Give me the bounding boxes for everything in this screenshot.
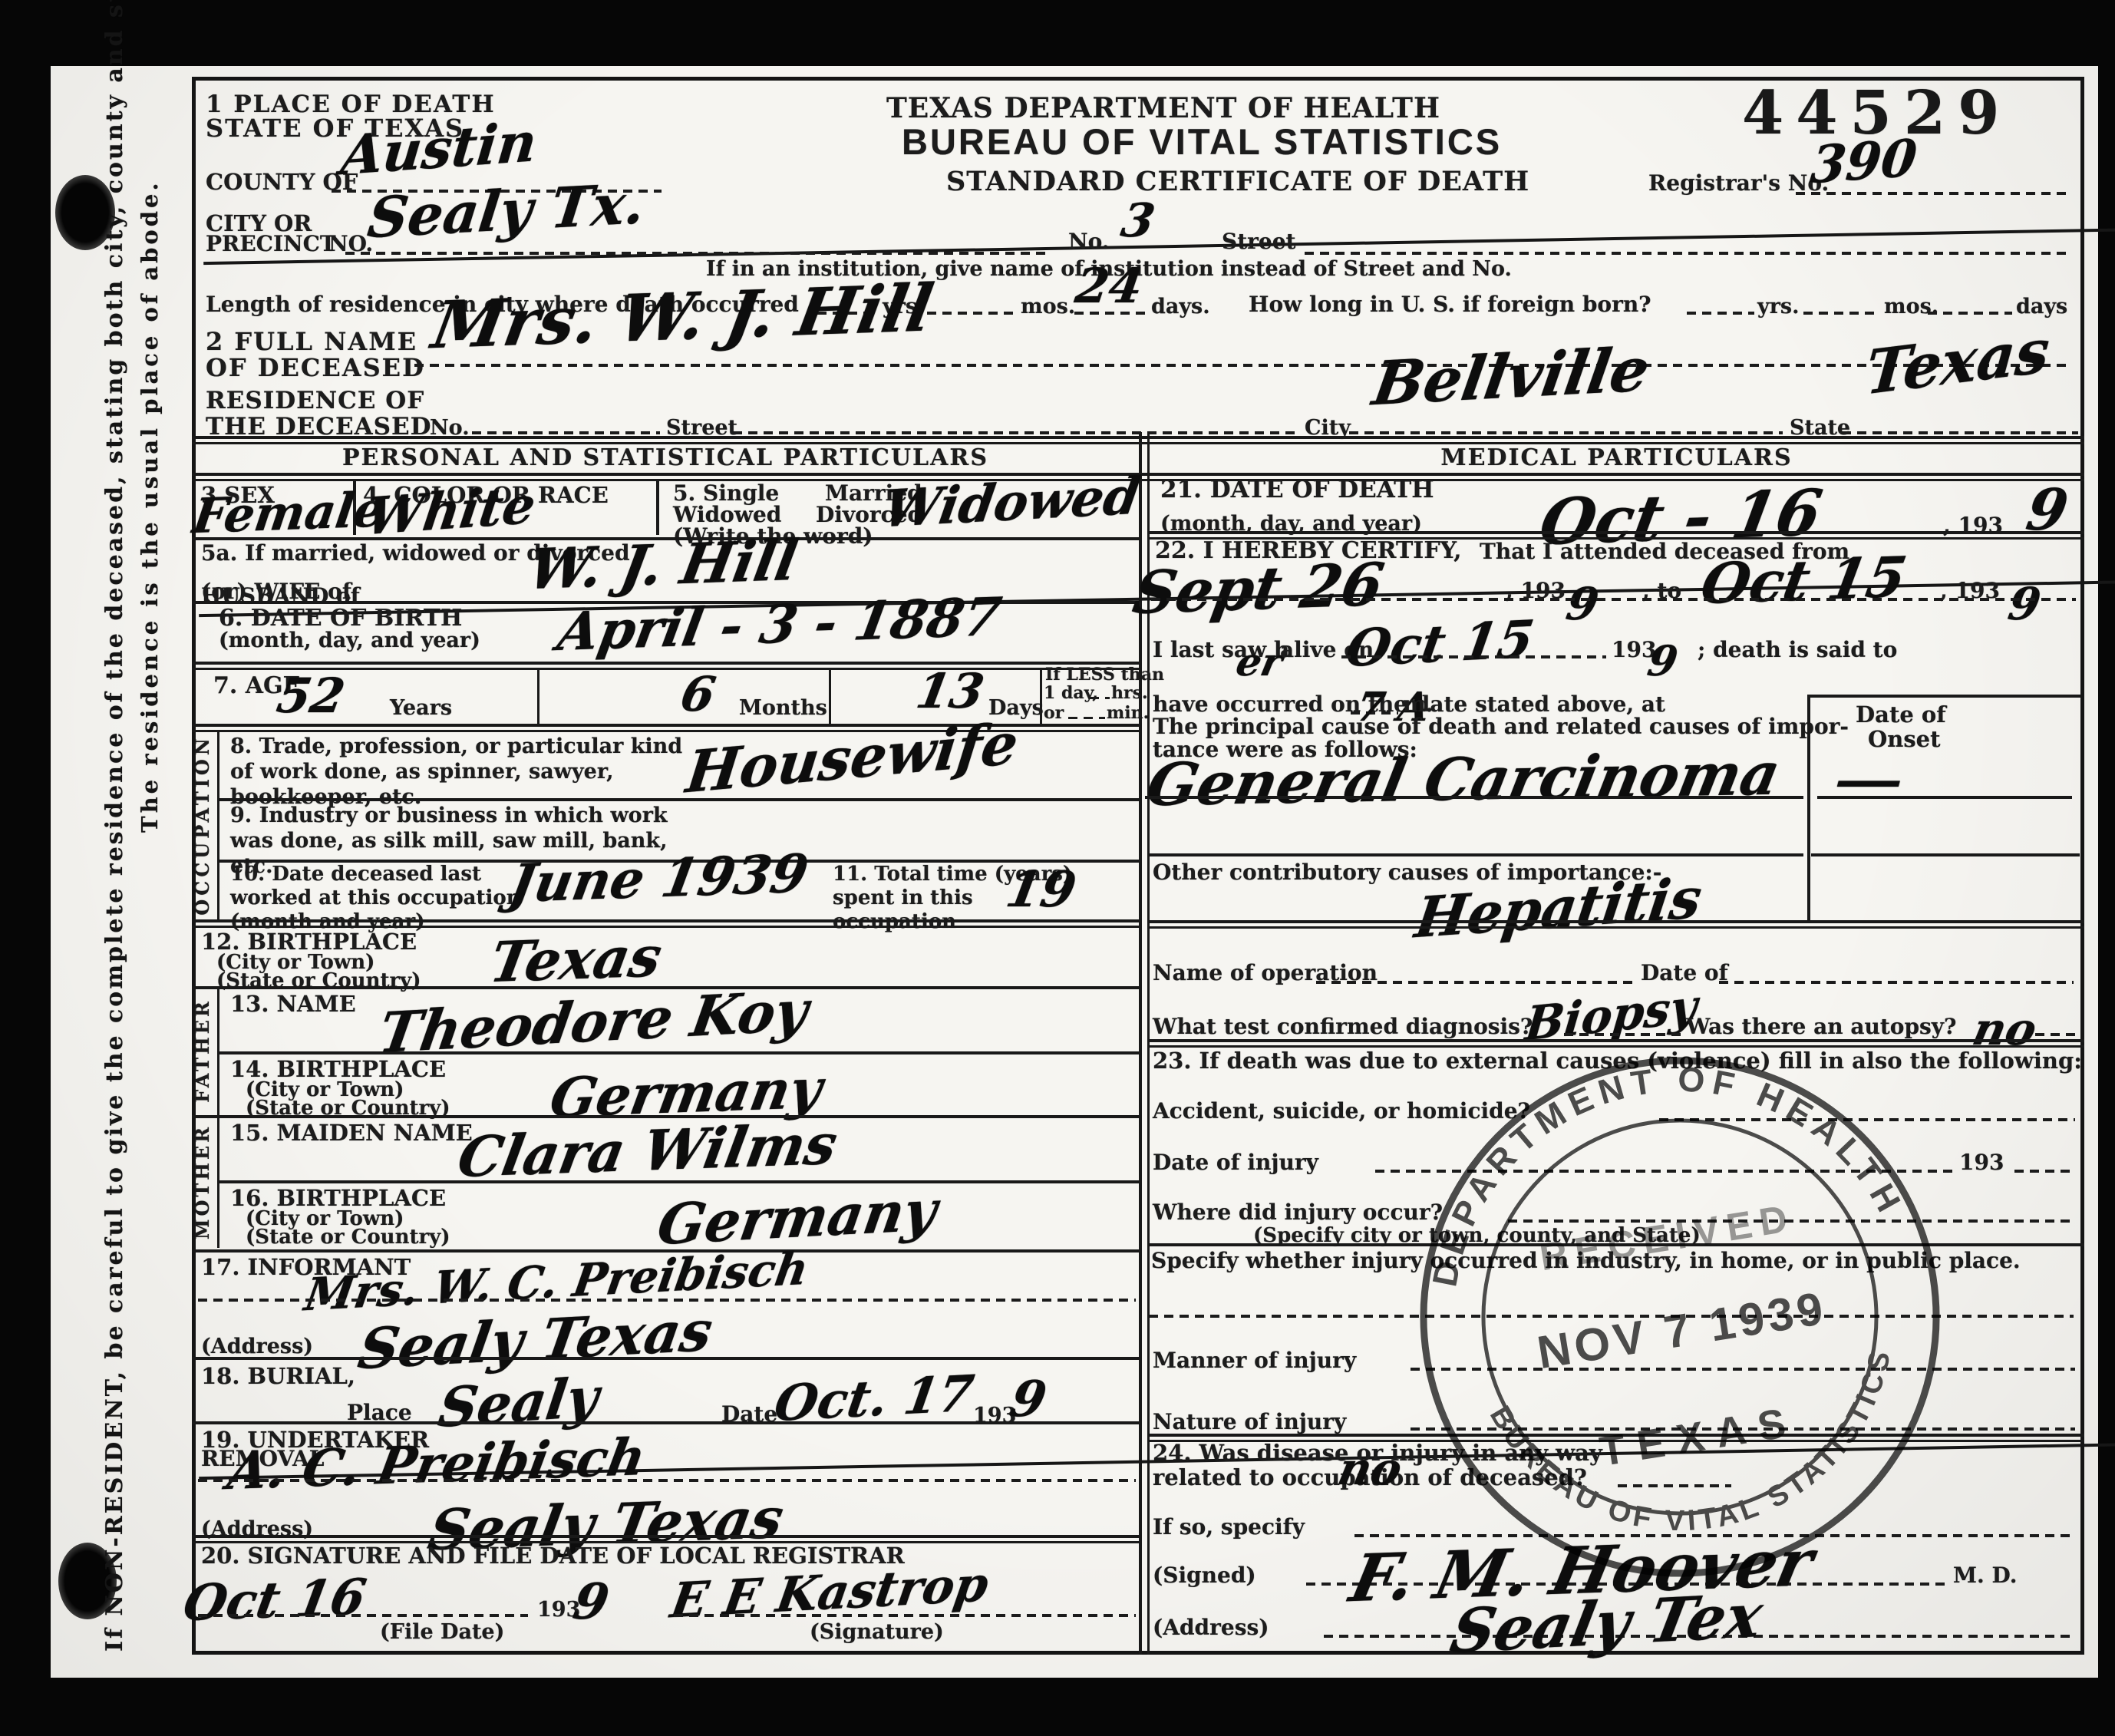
- rule: [217, 798, 1139, 801]
- days2-label: days: [2016, 295, 2067, 318]
- rule: [1149, 1039, 2084, 1048]
- rule: [1149, 920, 2084, 929]
- received-stamp: DEPARTMENT OF HEALTH BUREAU OF VITAL STA…: [1368, 1005, 1993, 1630]
- mother-name-label: 15. MAIDEN NAME: [230, 1121, 473, 1145]
- cell-divider: [656, 481, 659, 535]
- rule: [1148, 853, 1803, 856]
- line: [1074, 312, 1147, 315]
- informant-address-label: (Address): [201, 1335, 313, 1358]
- physician-address-label: (Address): [1153, 1616, 1269, 1639]
- test-label: What test confirmed diagnosis?: [1153, 1015, 1533, 1038]
- line: [198, 1614, 528, 1617]
- line: [1842, 431, 2078, 434]
- cause-label-line1: The principal cause of death and related…: [1153, 715, 1849, 738]
- line: [1687, 312, 1754, 315]
- foreign-born-label: How long in U. S. if foreign born?: [1249, 293, 1651, 316]
- rule: [192, 436, 2084, 444]
- fullname-line: [414, 364, 2072, 367]
- injury-year-prefix: 193: [1959, 1151, 2004, 1174]
- rule: [1817, 796, 2072, 799]
- onset-box-divider: [1807, 695, 1810, 921]
- stamp-date-text: NOV 7 1939: [1534, 1282, 1830, 1378]
- certificate-title: STANDARD CERTIFICATE OF DEATH: [946, 167, 1529, 196]
- dob-value: April - 3 - 1887: [554, 591, 1005, 659]
- md-label: M. D.: [1953, 1564, 2018, 1587]
- residence-label1: RESIDENCE OF: [206, 388, 424, 414]
- occ-related-value: no: [1335, 1447, 1406, 1491]
- line: [674, 1614, 1136, 1617]
- line: [2035, 1033, 2075, 1036]
- rule: [1807, 695, 2081, 698]
- fullname-label2: OF DECEASED: [206, 355, 425, 381]
- mother-vertical-label: MOTHER: [193, 1117, 213, 1246]
- rule: [217, 1051, 1139, 1054]
- line: [733, 431, 1301, 434]
- burial-label: 18. BURIAL,: [201, 1365, 355, 1388]
- rule: [1811, 853, 2080, 856]
- dob-sub-label: (month, day, and year): [219, 629, 480, 652]
- injury-manner-label: Manner of injury: [1153, 1349, 1356, 1372]
- onset-label2: Onset: [1868, 728, 1941, 751]
- cause-value: General Carcinoma: [1143, 745, 1785, 815]
- days-label: days.: [1151, 295, 1210, 318]
- occupation-vertical-label: OCCUPATION: [193, 732, 213, 918]
- onset-label1: Date of: [1856, 703, 1946, 727]
- fullname-label1: 2 FULL NAME: [206, 328, 417, 355]
- if-less-or: or: [1044, 705, 1064, 723]
- label-column-divider: [217, 732, 219, 919]
- burial-date-value: Oct. 17: [771, 1369, 977, 1429]
- line: [1068, 717, 1105, 719]
- line: [1316, 981, 1635, 984]
- line: [2014, 1170, 2074, 1173]
- line: [1151, 598, 2076, 601]
- wife-of-label: (or) WIFE of: [201, 580, 351, 603]
- death-certificate-scan: If NON-RESIDENT, be careful to give the …: [0, 0, 2115, 1736]
- attended-from-value: Sept 26: [1129, 555, 1387, 622]
- street-line: [1305, 252, 2072, 255]
- mother-bp-sub2: (State or Country): [246, 1226, 450, 1248]
- registrar-no-value: 390: [1808, 132, 1919, 190]
- res-city-value: Bellville: [1369, 340, 1654, 415]
- burial-place-value: Sealy: [435, 1370, 602, 1435]
- personal-section-title: PERSONAL AND STATISTICAL PARTICULARS: [192, 446, 1139, 470]
- dept-title: TEXAS DEPARTMENT OF HEALTH: [886, 94, 1440, 124]
- if-less-hrs: hrs.: [1111, 685, 1148, 703]
- line: [472, 431, 660, 434]
- if-less-label2: 1 day,: [1044, 685, 1098, 703]
- margin-note-outer: If NON-RESIDENT, be careful to give the …: [103, 63, 127, 1652]
- occurred-m-label: m.: [1403, 693, 1433, 716]
- lastsaw-label3: ; death is said to: [1698, 639, 1897, 662]
- yrs2-label: yrs.: [1757, 295, 1800, 318]
- attended-to-value: Oct 15: [1698, 550, 1911, 612]
- mother-name-value: Clara Wilms: [454, 1117, 841, 1186]
- birthplace-value: Texas: [487, 929, 666, 990]
- mos-label: mos.: [1021, 295, 1075, 318]
- line: [1928, 312, 2012, 315]
- line: [198, 1479, 1136, 1482]
- last-worked-value: June 1939: [506, 847, 812, 910]
- injury-date-label: Date of injury: [1153, 1151, 1318, 1174]
- dod-label: 21. DATE OF DEATH: [1160, 477, 1434, 503]
- line: [1090, 697, 1110, 699]
- total-time-value: 19: [1002, 866, 1079, 915]
- margin-note-inner: The residence is the usual place of abod…: [138, 184, 162, 833]
- injury-nature-label: Nature of injury: [1153, 1411, 1346, 1434]
- rule: [192, 1357, 1139, 1360]
- line: [1341, 655, 1606, 658]
- age-years-label: Years: [390, 697, 452, 719]
- if-less-label1: If LESS than: [1045, 666, 1164, 685]
- city-value: Sealy Tx.: [365, 176, 648, 246]
- race-value: White: [363, 479, 539, 542]
- lastsaw-her: er: [1233, 643, 1286, 682]
- age-days-value: 13: [913, 668, 988, 715]
- sex-value: Female: [190, 486, 388, 540]
- city-line: [345, 252, 1051, 255]
- undertaker-value: A. C. Preibisch: [224, 1431, 649, 1497]
- cell-divider: [537, 670, 539, 724]
- age-months-label: Months: [739, 697, 827, 719]
- cell-divider: [1040, 670, 1042, 724]
- street-no-label: No.: [1068, 230, 1110, 253]
- street-label: Street: [1222, 230, 1295, 253]
- father-name-label: 13. NAME: [230, 992, 356, 1016]
- residence-days-value: 24: [1073, 262, 1146, 310]
- spouse-value: W. J. Hill: [525, 533, 802, 598]
- age-years-value: 52: [274, 672, 348, 720]
- medical-section-title: MEDICAL PARTICULARS: [1149, 446, 2084, 470]
- line: [1564, 1033, 1681, 1036]
- rule: [1145, 796, 1803, 799]
- father-vertical-label: FATHER: [193, 990, 213, 1111]
- stamp-received-text: RECEIVED: [1536, 1196, 1797, 1279]
- line: [1803, 312, 1880, 315]
- registrar-signature-label: 20. SIGNATURE AND FILE DATE OF LOCAL REG…: [201, 1544, 905, 1568]
- county-value: Austin: [338, 115, 539, 183]
- file-date-label: (File Date): [380, 1621, 504, 1643]
- rule: [217, 1180, 1139, 1183]
- fullname-value: Mrs. W. J. Hill: [428, 276, 938, 358]
- line: [1719, 981, 2074, 984]
- dob-label: 6. DATE OF BIRTH: [219, 606, 462, 631]
- bureau-title: BUREAU OF VITAL STATISTICS: [902, 123, 1502, 162]
- rule: [192, 1421, 1139, 1424]
- file-date-value: Oct 16: [180, 1573, 369, 1629]
- stamp-state-text: TEXAS: [1597, 1398, 1801, 1475]
- if-less-min: min.: [1107, 705, 1149, 723]
- if-so-specify-label: If so, specify: [1153, 1516, 1305, 1539]
- signed-label: (Signed): [1153, 1564, 1256, 1587]
- line: [1349, 431, 1783, 434]
- signature-label: (Signature): [810, 1621, 944, 1643]
- cell-divider: [829, 670, 831, 724]
- lastsaw-value: Oct 15: [1343, 613, 1537, 674]
- line: [927, 312, 1017, 315]
- marital-value: Widowed: [880, 470, 1143, 534]
